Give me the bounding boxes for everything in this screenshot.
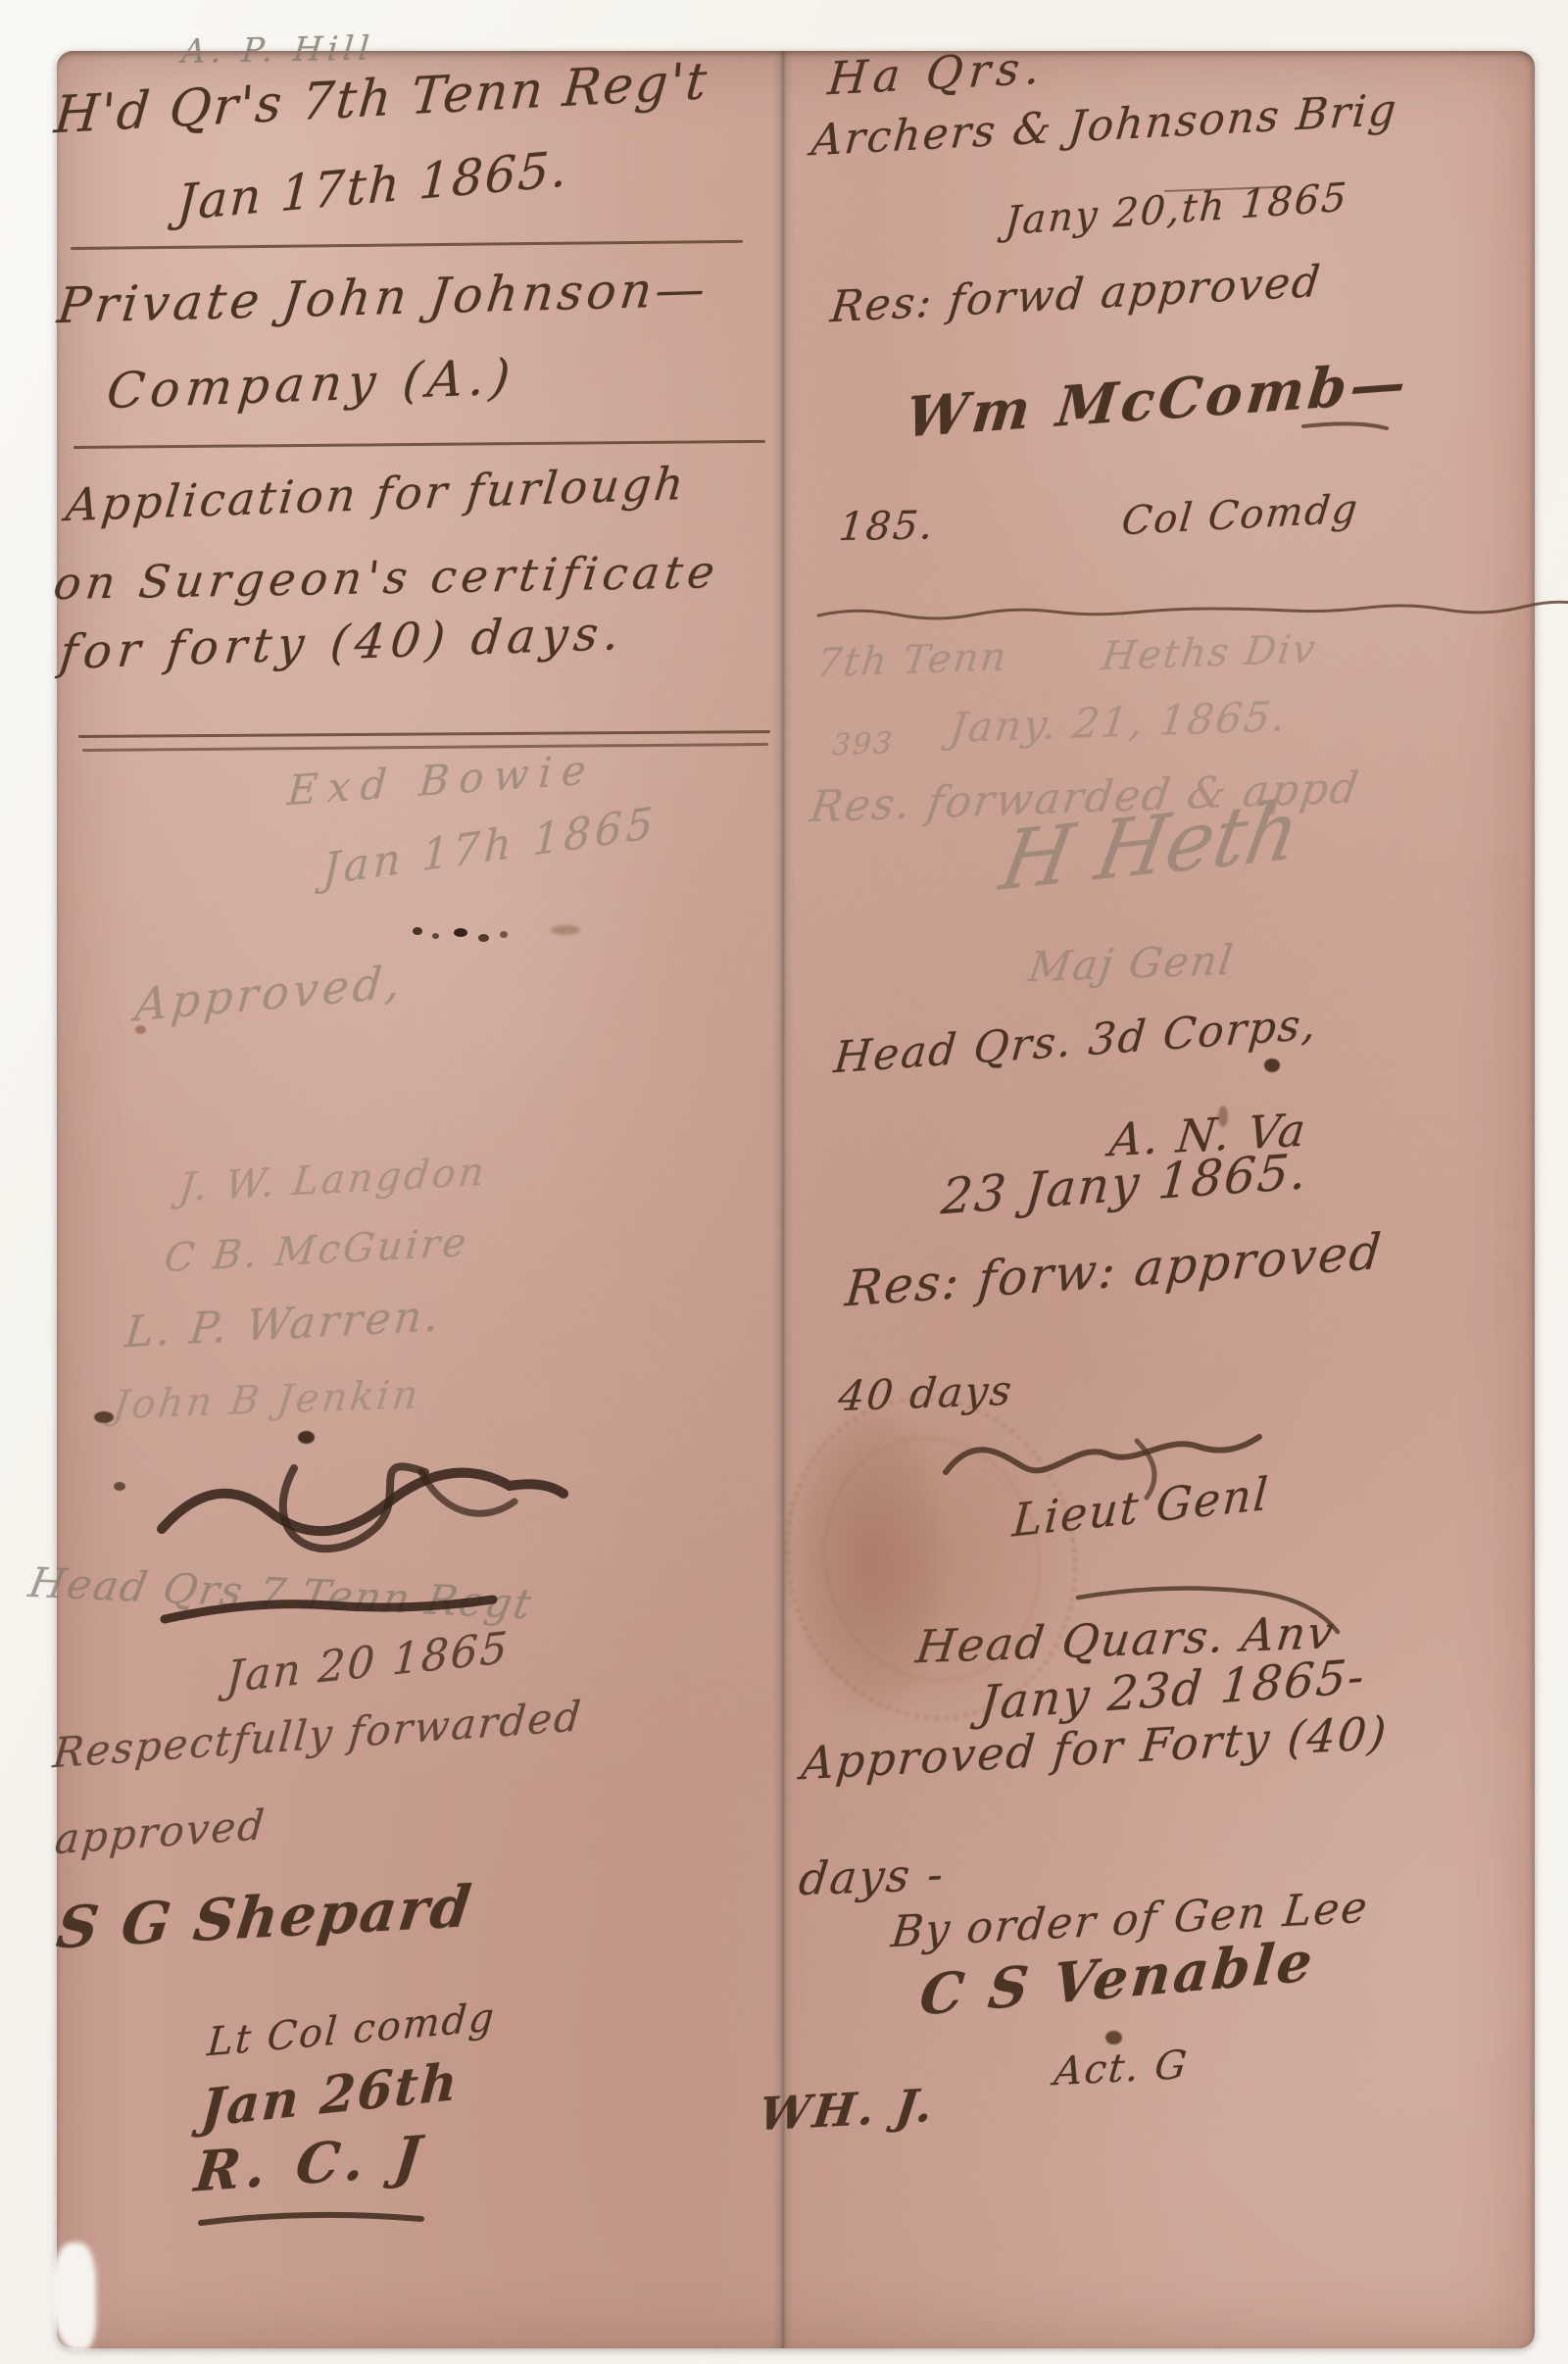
brigade-hq-line: Ha Qrs. bbox=[826, 44, 1048, 101]
scanned-document: A. P. Hill H'd Qr's 7th Tenn Reg't Jan 1… bbox=[0, 0, 1568, 2364]
stain-spot bbox=[135, 1025, 146, 1034]
ink-blot bbox=[94, 1411, 114, 1423]
division-number: 393 bbox=[831, 729, 895, 761]
stain-streak bbox=[551, 925, 580, 935]
ink-speck bbox=[413, 927, 422, 935]
army-initials: WH. J. bbox=[757, 2083, 938, 2138]
ink-blot bbox=[1264, 1059, 1280, 1072]
fold-crease bbox=[772, 51, 794, 2348]
army-signer-rank: Act. G bbox=[1053, 2045, 1191, 2092]
division-rank: Maj Genl bbox=[1026, 940, 1237, 989]
ink-blot bbox=[1105, 2031, 1122, 2044]
application-line-2: on Surgeon's certificate bbox=[51, 549, 721, 606]
paper-tear-notch bbox=[51, 2242, 96, 2350]
ink-speck bbox=[114, 1482, 125, 1491]
circular-stamp-inner-ring bbox=[798, 1413, 1066, 1705]
pencil-signature-4: John B Jenkin bbox=[111, 1375, 422, 1425]
ink-speck bbox=[454, 928, 467, 937]
ink-speck bbox=[500, 931, 508, 938]
division-date: Jany. 21, 1865. bbox=[948, 696, 1290, 749]
division-unit: 7th Tenn bbox=[814, 637, 1010, 683]
owner-note: A. P. Hill bbox=[180, 32, 375, 69]
ink-speck bbox=[432, 933, 439, 939]
regimental-initials: R. C. J bbox=[192, 2128, 429, 2199]
stain-streak bbox=[1218, 1106, 1228, 1127]
ink-blot bbox=[298, 1431, 315, 1444]
ink-speck bbox=[478, 934, 489, 942]
brigade-number: 185. bbox=[837, 506, 936, 547]
division-name: Heths Div bbox=[1100, 629, 1319, 676]
army-approved-line-2: days - bbox=[797, 1851, 947, 1901]
soldier-company-line: Company (A.) bbox=[105, 352, 518, 416]
